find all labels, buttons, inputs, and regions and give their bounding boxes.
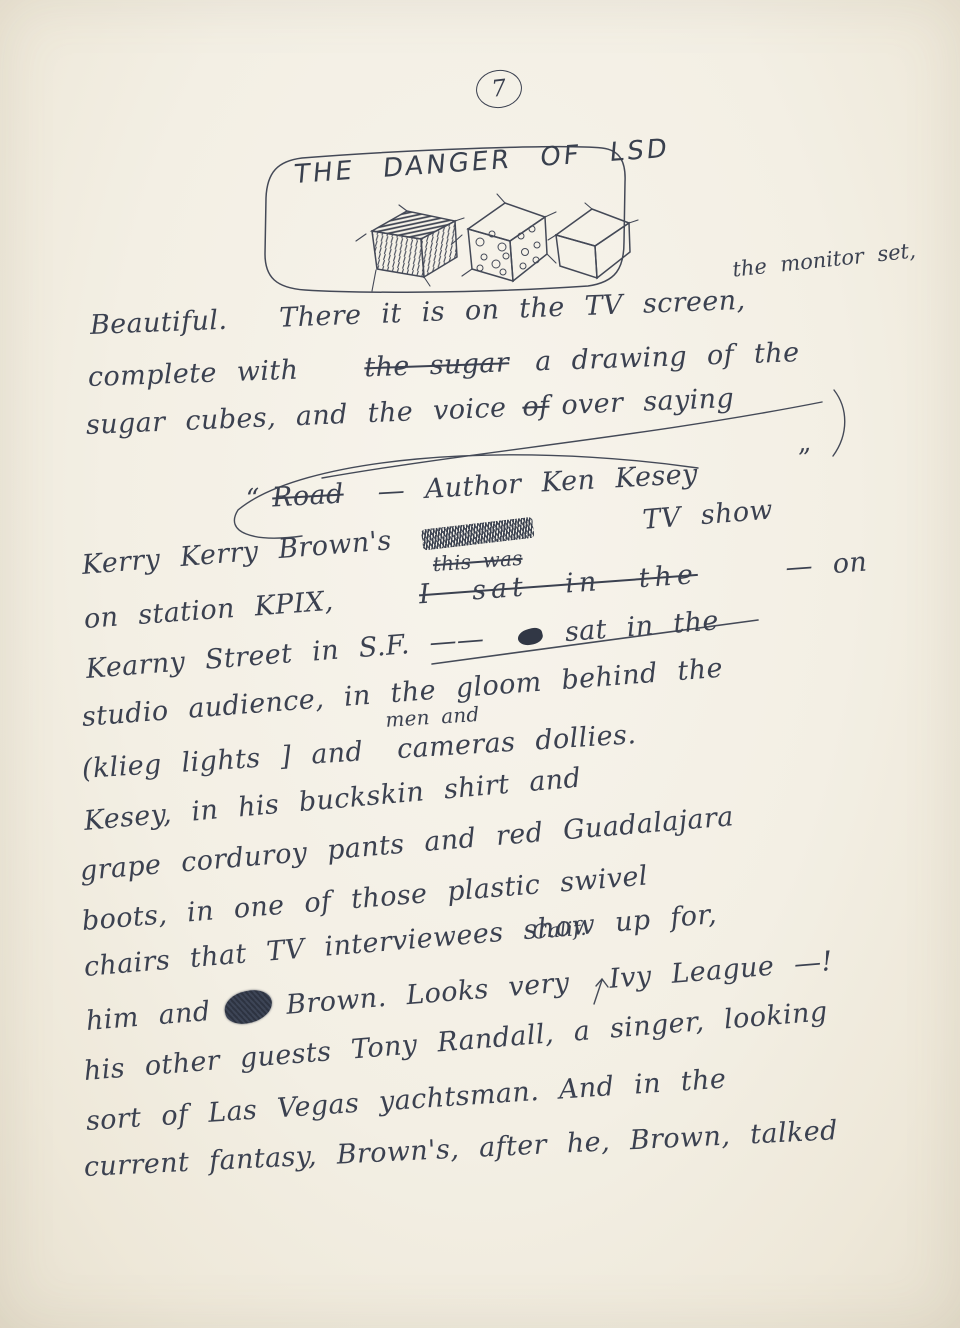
text-segment: TV show bbox=[641, 494, 774, 535]
struck-text: Road bbox=[271, 479, 344, 514]
inserted-text: men and bbox=[385, 702, 480, 732]
manuscript-line-3: sugar cubes, and the voiceofover saying bbox=[85, 383, 734, 441]
manuscript-paper: 7 THE DANGER OF LSD the monitor set, ” B… bbox=[0, 0, 960, 1328]
page-title: THE DANGER OF LSD bbox=[293, 134, 671, 191]
circled-page-number: 7 bbox=[474, 67, 524, 110]
ink-blot-small bbox=[517, 626, 545, 647]
inserted-text: Calif. bbox=[531, 916, 587, 944]
open-quote-mark: “ bbox=[245, 483, 261, 515]
hatched-sugar-cube-sketch bbox=[356, 205, 464, 291]
text-segment: sugar cubes, and the voice bbox=[85, 392, 507, 441]
text-segment: sat in the bbox=[564, 605, 720, 648]
page-number: 7 bbox=[490, 75, 508, 103]
struck-text: the sugar bbox=[364, 347, 510, 383]
text-segment: him and bbox=[85, 996, 212, 1037]
plain-sugar-cube-sketch bbox=[548, 203, 638, 278]
text-segment: — Author Ken Kesey bbox=[377, 459, 699, 508]
text-segment: Beautiful. bbox=[89, 305, 227, 341]
ink-blot-large bbox=[222, 987, 275, 1027]
text-segment: Ivy League —! bbox=[608, 946, 834, 995]
text-segment: Kerry Kerry Brown's bbox=[81, 525, 393, 581]
text-segment: over saying bbox=[561, 383, 735, 421]
margin-note-monitor: the monitor set, bbox=[731, 238, 916, 281]
manuscript-line-1: Beautiful.There it is on the TV screen, bbox=[89, 285, 746, 341]
struck-text: of bbox=[522, 391, 550, 423]
text-segment: There it is on the TV screen, bbox=[279, 285, 746, 334]
textured-sugar-cube-sketch bbox=[452, 194, 556, 281]
text-segment: Brown. Looks very bbox=[285, 967, 571, 1021]
close-quote-mark: ” bbox=[797, 444, 812, 475]
text-segment: complete with bbox=[87, 355, 298, 393]
text-segment: — on bbox=[784, 547, 868, 584]
text-segment: a drawing of the bbox=[535, 337, 800, 377]
text-segment: (klieg lights ] and bbox=[81, 736, 364, 785]
text-segment: on station KPIX, bbox=[83, 586, 335, 635]
